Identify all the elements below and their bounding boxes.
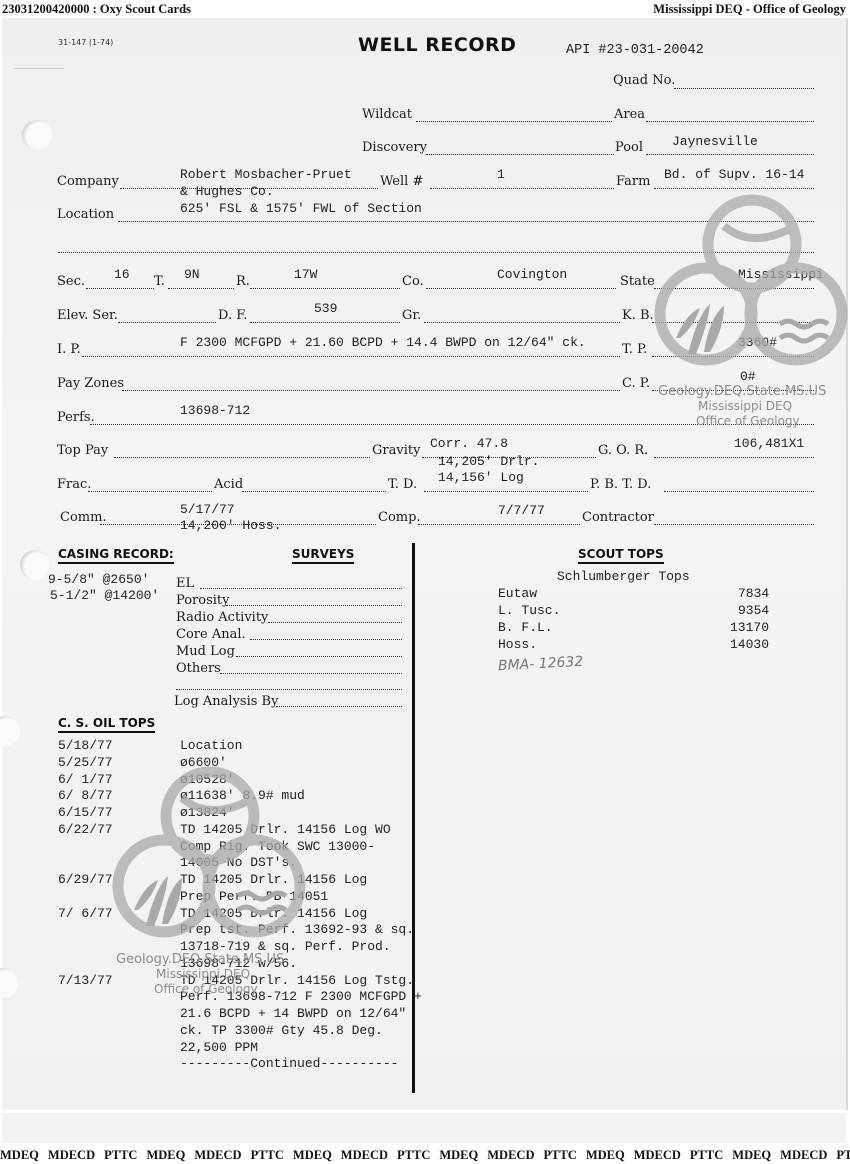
well-no-value: 1 — [497, 167, 505, 182]
punch-hole-icon — [0, 716, 20, 746]
comp-label: Comp. — [378, 510, 421, 525]
gor-label: G. O. R. — [598, 443, 648, 458]
tp-value: 3360# — [738, 335, 777, 350]
survey-porosity-field — [226, 605, 402, 606]
survey-core-anal-label: Core Anal. — [176, 627, 246, 642]
oil-top-entry: TD 14205 Drlr. 14156 Log WO — [180, 822, 391, 837]
log-analysis-by-field — [276, 706, 402, 707]
company-value-line1: Robert Mosbacher-Pruet — [180, 167, 352, 182]
pool-value: Jaynesville — [672, 134, 758, 149]
ip-value: F 2300 MCFGPD + 21.60 BCPD + 14.4 BWPD o… — [180, 335, 586, 350]
footer-token: PTTC — [690, 1146, 723, 1164]
contractor-label: Contractor — [582, 510, 654, 525]
acid-field — [242, 491, 386, 492]
oil-top-entry: 14005 No DST's. — [180, 855, 297, 870]
smudge-mark — [14, 54, 64, 69]
scout-tops-heading: SCOUT TOPS — [578, 547, 664, 564]
well-no-label: Well # — [380, 174, 423, 189]
card-lower-edge — [2, 1111, 846, 1143]
discovery-label: Discovery — [362, 140, 427, 155]
sec-label: Sec. — [57, 274, 85, 289]
survey-blank-field — [176, 689, 402, 690]
top-pay-field — [114, 457, 370, 458]
td-label: T. D. — [388, 477, 417, 492]
scout-top-name: B. F.L. — [498, 620, 553, 635]
surveys-heading: SURVEYS — [292, 547, 354, 564]
frac-label: Frac. — [57, 477, 91, 492]
oil-top-entry: 13718-719 & sq. Perf. Prod. — [180, 939, 391, 954]
survey-others-label: Others — [176, 661, 221, 676]
pbtd-field — [664, 491, 814, 492]
frac-field — [88, 491, 212, 492]
oil-top-entry: ck. TP 3300# Gty 45.8 Deg. — [180, 1023, 383, 1038]
footer-token: MDEQ — [146, 1146, 185, 1164]
document-header: 23031200420000 : Oxy Scout Cards Mississ… — [0, 0, 850, 18]
footer-token: MDECD — [634, 1146, 681, 1164]
scout-top-depth: 13170 — [730, 620, 769, 635]
survey-mud-log-field — [236, 656, 402, 657]
oil-top-entry: ø10528' — [180, 772, 235, 787]
document-id-title: 23031200420000 : Oxy Scout Cards — [2, 0, 191, 18]
oil-top-entry: ---------Continued---------- — [180, 1056, 398, 1071]
elev-ser-label: Elev. Ser. — [57, 308, 118, 323]
scout-tops-subheading: Schlumberger Tops — [557, 569, 690, 584]
footer-token: MDEQ — [293, 1146, 332, 1164]
page-title: WELL RECORD — [358, 34, 516, 56]
log-analysis-by-label: Log Analysis By — [174, 694, 278, 709]
location-field — [118, 221, 814, 222]
footer-token: MDECD — [780, 1146, 827, 1164]
oil-top-entry: ø6600' — [180, 755, 227, 770]
footer-token: MDEQ — [439, 1146, 478, 1164]
gravity-label: Gravity — [372, 443, 420, 458]
scout-top-depth: 14030 — [730, 637, 769, 652]
handwritten-note: BMA- 12632 — [498, 654, 584, 674]
sec-value: 16 — [114, 267, 130, 282]
pool-label: Pool — [615, 140, 643, 155]
footer-token: MDECD — [194, 1146, 241, 1164]
comp-field — [418, 524, 580, 525]
oil-top-entry: ø13824' — [180, 805, 235, 820]
oil-top-date: 6/ 8/77 — [58, 788, 113, 803]
df-label: D. F. — [218, 308, 247, 323]
quad-no-field — [674, 88, 814, 89]
form-number: 31-147 (1-74) — [58, 38, 113, 47]
cp-value: 0# — [740, 369, 756, 384]
td-field — [424, 491, 588, 492]
df-field — [250, 322, 400, 323]
t-value: 9N — [184, 267, 200, 282]
ip-field — [82, 356, 620, 357]
cp-field — [652, 390, 814, 391]
comp-value: 7/7/77 — [498, 503, 545, 518]
footer-token: PTTC — [836, 1146, 850, 1164]
footer-banner: MDEQMDECDPTTCMDEQMDECDPTTCMDEQMDECDPTTCM… — [0, 1146, 850, 1164]
area-label: Area — [614, 107, 645, 122]
cs-oil-tops-heading: C. S. OIL TOPS — [58, 716, 155, 733]
oil-top-entry: Prep tst. Perf. 13692-93 & sq. — [180, 922, 414, 937]
pay-zones-label: Pay Zones — [57, 376, 124, 391]
location-field-line2 — [58, 252, 814, 253]
oil-top-entry: TD 14205 Drlr. 14156 Log — [180, 872, 367, 887]
footer-token: PTTC — [104, 1146, 137, 1164]
footer-token: MDEQ — [0, 1146, 39, 1164]
api-number: API #23-031-20042 — [566, 43, 704, 58]
survey-porosity-label: Porosity — [176, 593, 230, 608]
pay-zones-field — [122, 390, 620, 391]
tp-label: T. P. — [622, 342, 647, 357]
survey-el-field — [200, 588, 402, 589]
perfs-label: Perfs. — [57, 410, 95, 425]
casing-record-heading: CASING RECORD: — [58, 547, 174, 564]
company-value-line2: & Hughes Co. — [180, 184, 274, 199]
top-pay-label: Top Pay — [57, 443, 108, 458]
oil-top-date: 6/29/77 — [58, 872, 113, 887]
watermark-office: Office of Geology — [696, 414, 800, 428]
t-label: T. — [154, 274, 165, 289]
oil-top-date: 5/18/77 — [58, 738, 113, 753]
gor-field — [654, 457, 814, 458]
t-field — [168, 288, 234, 289]
gr-label: Gr. — [402, 308, 421, 323]
df-value: 539 — [314, 301, 337, 316]
discovery-field — [426, 154, 614, 155]
elev-ser-field — [118, 322, 216, 323]
company-label: Company — [57, 174, 119, 189]
pbtd-label: P. B. T. D. — [590, 477, 651, 492]
oil-top-entry: 13698-712 w/56. — [180, 956, 297, 971]
watermark-url: Geology.DEQ.State.MS.US — [658, 384, 826, 399]
scout-top-name: Eutaw — [498, 586, 537, 601]
survey-core-anal-field — [250, 639, 402, 640]
ip-label: I. P. — [57, 342, 81, 357]
wildcat-label: Wildcat — [362, 107, 412, 122]
footer-token: PTTC — [251, 1146, 284, 1164]
scout-top-name: L. Tusc. — [498, 603, 560, 618]
oil-top-entry: TD 14205 Drlr. 14156 Log — [180, 906, 367, 921]
r-value: 17W — [294, 267, 317, 282]
wildcat-field — [416, 121, 612, 122]
area-field — [646, 121, 814, 122]
farm-value: Bd. of Supv. 16-14 — [664, 167, 804, 182]
footer-token: MDEQ — [732, 1146, 771, 1164]
cp-label: C. P. — [622, 376, 650, 391]
casing-item: 5-1/2" @14200' — [50, 588, 159, 603]
sec-field — [86, 288, 154, 289]
r-label: R. — [236, 274, 250, 289]
oil-top-entry: Location — [180, 738, 242, 753]
gravity-value: Corr. 47.8 — [430, 436, 508, 451]
survey-el-label: EL — [176, 576, 194, 591]
oil-top-entry: 21.6 BCPD + 14 BWPD on 12/64" — [180, 1006, 406, 1021]
pool-field — [646, 154, 814, 155]
oil-top-date: 7/ 6/77 — [58, 906, 113, 921]
punch-hole-icon — [22, 120, 52, 150]
state-field — [654, 288, 814, 289]
scout-card: 31-147 (1-74) WELL RECORD API #23-031-20… — [2, 18, 848, 1110]
county-value: Covington — [497, 267, 567, 282]
footer-token: MDEQ — [586, 1146, 625, 1164]
td-value-drlr: 14,205' Drlr. — [438, 454, 539, 469]
state-value: Mississippi — [738, 267, 824, 282]
tp-field — [652, 356, 814, 357]
quad-no-label: Quad No. — [613, 73, 675, 88]
comm-label: Comm. — [60, 510, 107, 525]
oil-top-entry: Comp Rig. Took SWC 13000- — [180, 839, 375, 854]
td-value-log: 14,156' Log — [438, 470, 524, 485]
oil-top-entry: Perf. 13698-712 F 2300 MCFGPD + — [180, 989, 422, 1004]
footer-token: PTTC — [543, 1146, 576, 1164]
survey-radio-activity-label: Radio Activity — [176, 610, 268, 625]
state-label: State — [620, 274, 655, 289]
oil-top-entry: TD 14205 Drlr. 14156 Log Tstg. — [180, 973, 414, 988]
watermark-agency: Mississippi DEQ — [698, 399, 792, 413]
source-agency: Mississippi DEQ - Office of Geology — [653, 0, 846, 18]
scout-top-name: Hoss. — [498, 637, 537, 652]
scout-top-depth: 9354 — [738, 603, 769, 618]
acid-label: Acid — [214, 477, 243, 492]
survey-mud-log-label: Mud Log — [176, 644, 235, 659]
kb-field — [652, 322, 814, 323]
comm-value-depth: 14,200' Hoss. — [180, 518, 281, 533]
well-no-field — [430, 188, 614, 189]
oil-top-date: 6/22/77 — [58, 822, 113, 837]
survey-radio-activity-field — [268, 622, 402, 623]
footer-token: MDECD — [48, 1146, 95, 1164]
location-label: Location — [57, 207, 114, 222]
kb-label: K. B. — [622, 308, 654, 323]
oil-top-date: 7/13/77 — [58, 973, 113, 988]
gr-field — [424, 322, 620, 323]
gor-value: 106,481X1 — [734, 436, 804, 451]
r-field — [250, 288, 400, 289]
footer-token: MDECD — [487, 1146, 534, 1164]
oil-top-date: 6/15/77 — [58, 805, 113, 820]
oil-top-date: 5/25/77 — [58, 755, 113, 770]
survey-others-field — [220, 673, 402, 674]
column-divider — [412, 543, 415, 1093]
oil-top-entry: Prep Perf. PB 14051 — [180, 889, 328, 904]
oil-top-entry: ø11638' 8.9# mud — [180, 788, 305, 803]
county-field — [426, 288, 616, 289]
punch-hole-icon — [0, 968, 18, 998]
punch-hole-icon — [20, 550, 50, 580]
perfs-value: 13698-712 — [180, 403, 250, 418]
farm-label: Farm — [616, 174, 650, 189]
scout-top-depth: 7834 — [738, 586, 769, 601]
footer-token: MDECD — [341, 1146, 388, 1164]
comm-value-date: 5/17/77 — [180, 502, 235, 517]
casing-item: 9-5/8" @2650' — [48, 572, 149, 587]
oil-top-entry: 22,500 PPM — [180, 1040, 258, 1055]
oil-top-date: 6/ 1/77 — [58, 772, 113, 787]
county-label: Co. — [402, 274, 424, 289]
farm-field — [654, 188, 814, 189]
location-value: 625' FSL & 1575' FWL of Section — [180, 201, 422, 216]
perfs-field — [90, 424, 814, 425]
contractor-field — [654, 524, 814, 525]
footer-token: PTTC — [397, 1146, 430, 1164]
